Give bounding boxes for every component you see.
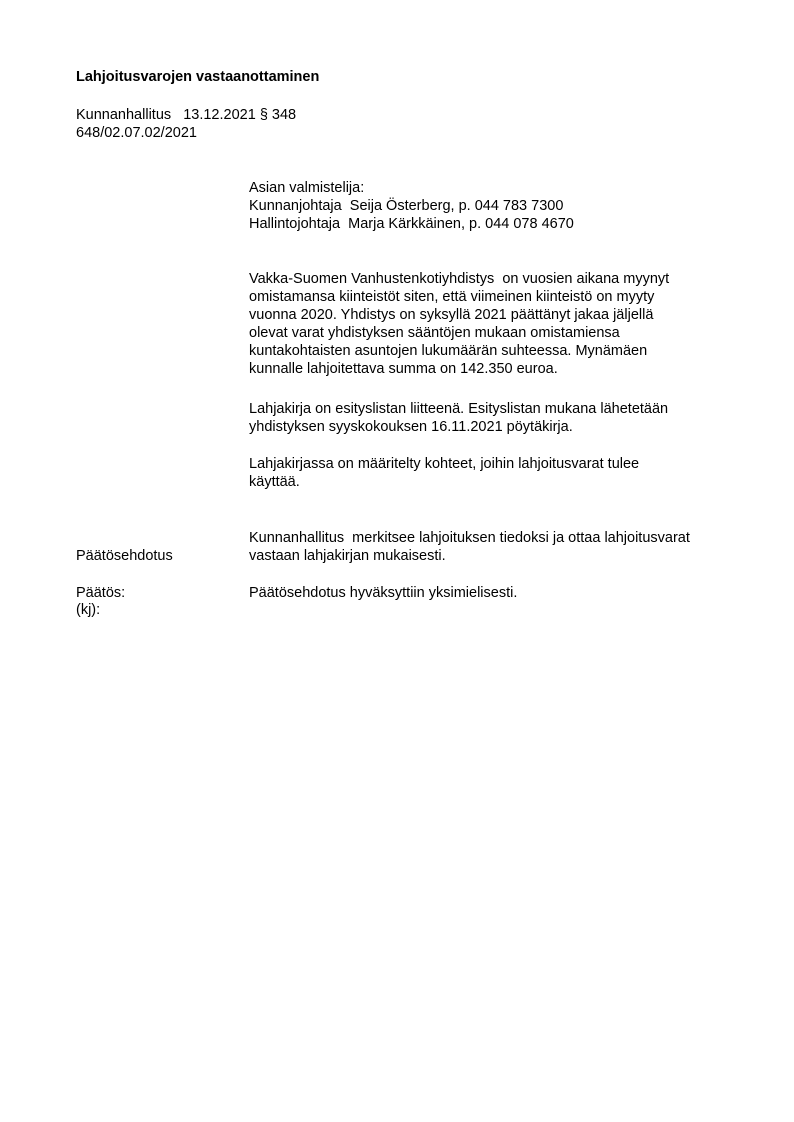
- text-line: Lahjakirja on esityslistan liitteenä. Es…: [249, 400, 739, 418]
- text-line: vastaan lahjakirjan mukaisesti.: [249, 547, 739, 565]
- text-line: Kunnanhallitus merkitsee lahjoituksen ti…: [249, 529, 739, 547]
- record-number: 648/02.07.02/2021: [76, 124, 296, 142]
- decision-label: Päätös:: [76, 584, 125, 602]
- proposal-label-line2: (kj):: [76, 601, 173, 619]
- preparer-line: Hallintojohtaja Marja Kärkkäinen, p. 044…: [249, 215, 739, 233]
- preparer-line: Kunnanjohtaja Seija Österberg, p. 044 78…: [249, 197, 739, 215]
- meeting-line: Kunnanhallitus 13.12.2021 § 348: [76, 106, 296, 124]
- text-line: kunnalle lahjoitettava summa on 142.350 …: [249, 360, 739, 378]
- text-line: kuntakohtaisten asuntojen lukumäärän suh…: [249, 342, 739, 360]
- paragraph-background: Vakka-Suomen Vanhustenkotiyhdistys on vu…: [249, 270, 739, 378]
- decision-text: Päätösehdotus hyväksyttiin yksimielisest…: [249, 584, 739, 602]
- document-title: Lahjoitusvarojen vastaanottaminen: [76, 68, 319, 86]
- proposal-label: Päätösehdotus (kj):: [76, 511, 173, 637]
- paragraph-purpose: Lahjakirjassa on määritelty kohteet, joi…: [249, 455, 739, 491]
- text-line: Lahjakirjassa on määritelty kohteet, joi…: [249, 455, 739, 473]
- text-line: omistamansa kiinteistöt siten, että viim…: [249, 288, 739, 306]
- text-line: Vakka-Suomen Vanhustenkotiyhdistys on vu…: [249, 270, 739, 288]
- text-line: vuonna 2020. Yhdistys on syksyllä 2021 p…: [249, 306, 739, 324]
- text-line: yhdistyksen syyskokouksen 16.11.2021 pöy…: [249, 418, 739, 436]
- preparers-block: Asian valmistelija: Kunnanjohtaja Seija …: [249, 179, 739, 233]
- text-line: käyttää.: [249, 473, 739, 491]
- paragraph-attachment: Lahjakirja on esityslistan liitteenä. Es…: [249, 400, 739, 436]
- text-line: olevat varat yhdistyksen sääntöjen mukaa…: [249, 324, 739, 342]
- proposal-label-line1: Päätösehdotus: [76, 547, 173, 565]
- proposal-text: Kunnanhallitus merkitsee lahjoituksen ti…: [249, 529, 739, 565]
- meeting-info: Kunnanhallitus 13.12.2021 § 348 648/02.0…: [76, 106, 296, 142]
- preparers-heading: Asian valmistelija:: [249, 179, 739, 197]
